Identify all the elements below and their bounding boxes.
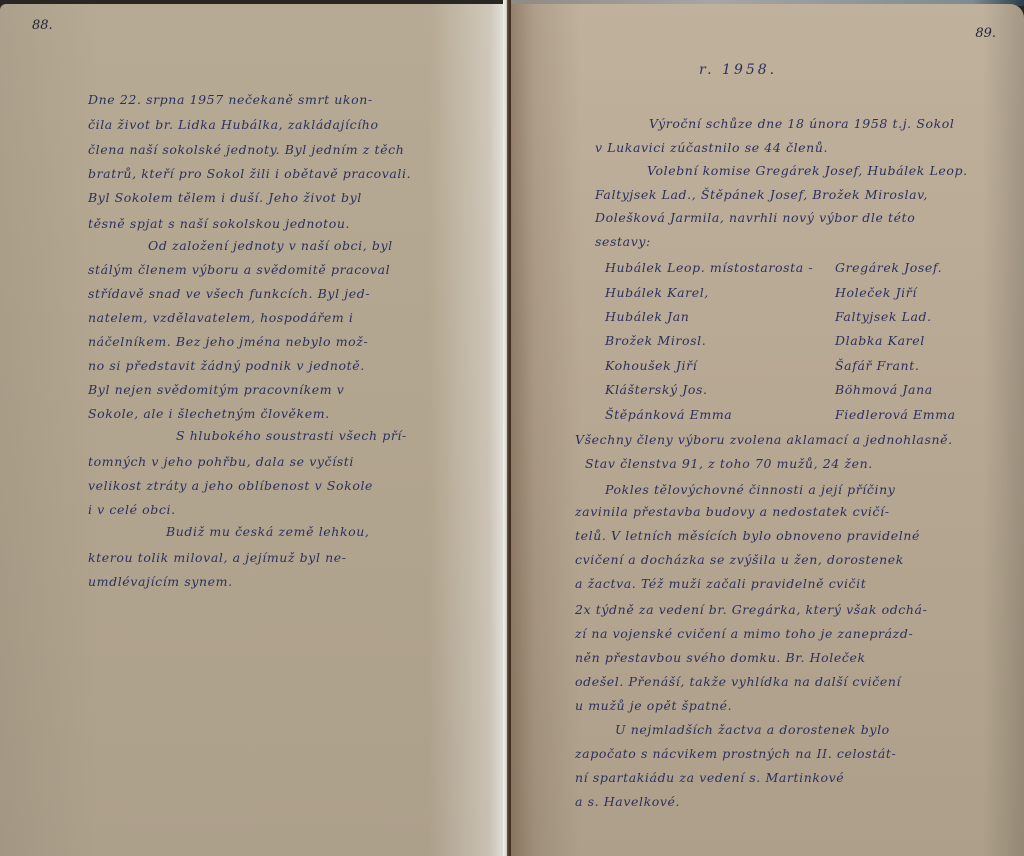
roster-name-right: Holeček Jiří xyxy=(835,285,917,300)
handwritten-line: těsně spjat s naší sokolskou jednotou. xyxy=(88,216,350,231)
handwritten-line: stálým členem výboru a svědomitě pracova… xyxy=(88,262,390,277)
handwritten-line: a s. Havelkové. xyxy=(575,794,680,809)
handwritten-line: Volební komise Gregárek Josef, Hubálek L… xyxy=(647,163,968,178)
roster-name-right: Gregárek Josef. xyxy=(835,260,942,275)
handwritten-line: Faltyjsek Lad., Štěpánek Josef, Brožek M… xyxy=(595,187,928,202)
handwritten-line: telů. V letních měsících bylo obnoveno p… xyxy=(575,528,920,543)
handwritten-line: i v celé obci. xyxy=(88,502,176,517)
handwritten-line: sestavy: xyxy=(595,234,651,249)
handwritten-line: Dolešková Jarmila, navrhli nový výbor dl… xyxy=(595,210,915,225)
handwritten-line: ní spartakiádu za vedení s. Martinkové xyxy=(575,770,844,785)
handwritten-line: Byl nejen svědomitým pracovníkem v xyxy=(88,382,344,397)
roster-name-left: Kohoušek Jiří xyxy=(605,358,697,373)
handwritten-line: a žactva. Též muži začali pravidelně cvi… xyxy=(575,576,866,591)
handwritten-line: tomných v jeho pohřbu, dala se vyčísti xyxy=(88,454,354,469)
handwritten-line: něn přestavbou svého domku. Br. Holeček xyxy=(575,650,866,665)
right-page-number: 89. xyxy=(975,26,996,41)
handwritten-line: Dne 22. srpna 1957 nečekaně smrt ukon- xyxy=(88,92,373,107)
handwritten-line: Sokole, ale i šlechetným člověkem. xyxy=(88,406,330,421)
handwritten-line: natelem, vzdělavatelem, hospodářem i xyxy=(88,310,354,325)
roster-name-right: Fiedlerová Emma xyxy=(835,407,956,422)
handwritten-line: v Lukavici zúčastnilo se 44 členů. xyxy=(595,140,828,155)
year-heading: r. 1958. xyxy=(699,62,777,78)
handwritten-line: Od založení jednoty v naší obci, byl xyxy=(148,238,393,253)
roster-name-left: Štěpánková Emma xyxy=(605,407,732,422)
book-spine xyxy=(503,0,511,856)
handwritten-line: velikost ztráty a jeho oblíbenost v Soko… xyxy=(88,478,373,493)
handwritten-line: Všechny členy výboru zvolena aklamací a … xyxy=(575,432,953,447)
roster-name-left: Brožek Mirosl. xyxy=(605,333,706,348)
open-notebook: 88. Dne 22. srpna 1957 nečekaně smrt uko… xyxy=(0,0,1024,856)
roster-name-right: Šafář Frant. xyxy=(835,358,919,373)
handwritten-line: Budiž mu česká země lehkou, xyxy=(166,524,369,539)
handwritten-line: 2x týdně za vedení br. Gregárka, který v… xyxy=(575,602,927,617)
roster-name-left: Hubálek Karel, xyxy=(605,285,709,300)
left-page: 88. Dne 22. srpna 1957 nečekaně smrt uko… xyxy=(0,4,505,856)
handwritten-line: cvičení a docházka se zvýšila u žen, dor… xyxy=(575,552,904,567)
handwritten-line: zí na vojenské cvičení a mimo toho je za… xyxy=(575,626,913,641)
handwritten-line: započato s nácvikem prostných na II. cel… xyxy=(575,746,896,761)
handwritten-line: U nejmladších žactva a dorostenek bylo xyxy=(615,722,890,737)
left-page-number: 88. xyxy=(32,18,53,33)
handwritten-line: Pokles tělovýchovné činnosti a její příč… xyxy=(605,482,895,497)
handwritten-line: umdlévajícím synem. xyxy=(88,574,233,589)
handwritten-line: no si představit žádný podnik v jednotě. xyxy=(88,358,365,373)
roster-name-left: Hubálek Leop. místostarosta - xyxy=(605,260,813,275)
handwritten-line: u mužů je opět špatné. xyxy=(575,698,732,713)
handwritten-line: zavinila přestavba budovy a nedostatek c… xyxy=(575,504,890,519)
roster-name-right: Böhmová Jana xyxy=(835,382,933,397)
handwritten-line: náčelníkem. Bez jeho jména nebylo mož- xyxy=(88,334,368,349)
roster-name-left: Klášterský Jos. xyxy=(605,382,708,397)
handwritten-line: Stav členstva 91, z toho 70 mužů, 24 žen… xyxy=(585,456,873,471)
right-page: 89. r. 1958. Výroční schůze dne 18 února… xyxy=(509,4,1024,856)
handwritten-line: Výroční schůze dne 18 února 1958 t.j. So… xyxy=(649,116,955,131)
roster-name-right: Dlabka Karel xyxy=(835,333,925,348)
handwritten-line: střídavě snad ve všech funkcích. Byl jed… xyxy=(88,286,370,301)
roster-name-left: Hubálek Jan xyxy=(605,309,689,324)
handwritten-line: čila život br. Lidka Hubálka, zakládajíc… xyxy=(88,117,379,132)
handwritten-line: kterou tolik miloval, a jejímuž byl ne- xyxy=(88,550,347,565)
handwritten-line: bratrů, kteří pro Sokol žili i obětavě p… xyxy=(88,166,411,181)
handwritten-line: S hlubokého soustrasti všech pří- xyxy=(176,428,407,443)
roster-name-right: Faltyjsek Lad. xyxy=(835,309,932,324)
handwritten-line: odešel. Přenáší, takže vyhlídka na další… xyxy=(575,674,901,689)
handwritten-line: člena naší sokolské jednoty. Byl jedním … xyxy=(88,142,404,157)
handwritten-line: Byl Sokolem tělem i duší. Jeho život byl xyxy=(88,190,362,205)
